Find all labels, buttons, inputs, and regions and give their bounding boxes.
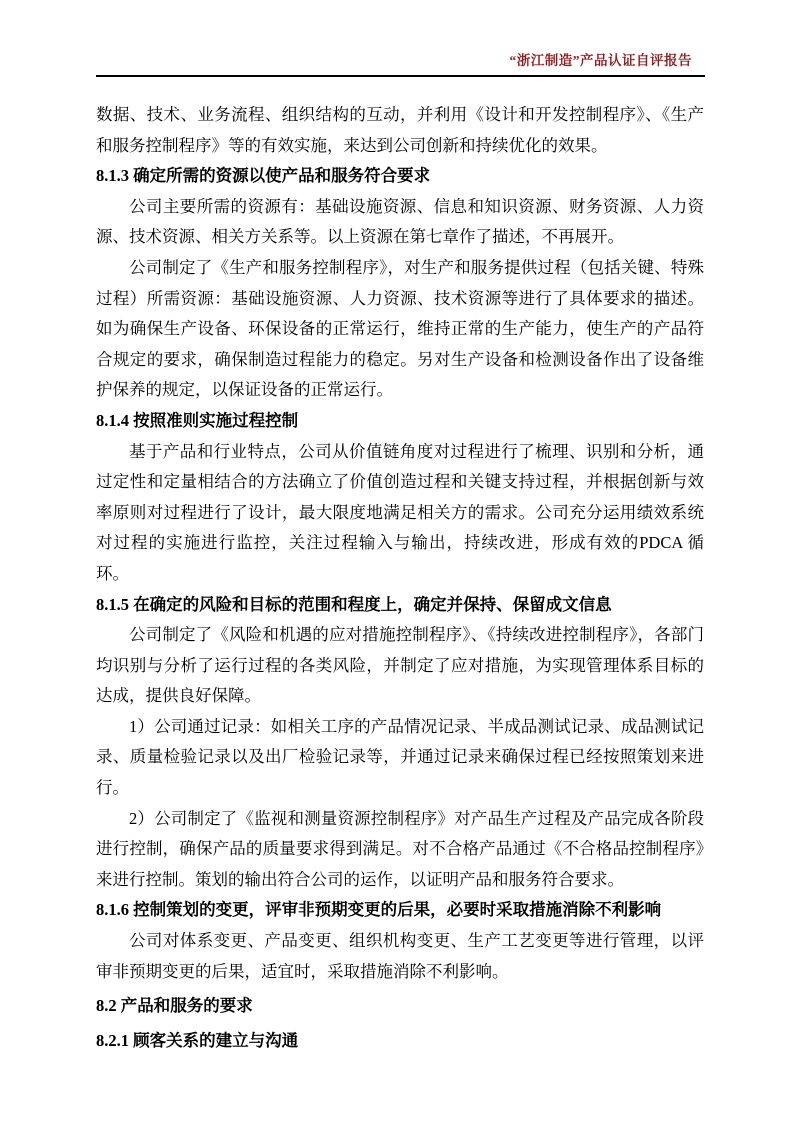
document-body: 数据、技术、业务流程、组织结构的互动，并利用《设计和开发控制程序》、《生产和服务… bbox=[96, 100, 704, 1056]
heading-8-1-4: 8.1.4 按照准则实施过程控制 bbox=[96, 406, 704, 437]
paragraph-item-1-records: 1）公司通过记录：如相关工序的产品情况记录、半成品测试记录、成品测试记录、质量检… bbox=[96, 712, 704, 804]
paragraph-resources-overview: 公司主要所需的资源有：基础设施资源、信息和知识资源、财务资源、人力资源、技术资源… bbox=[96, 192, 704, 253]
heading-8-2: 8.2 产品和服务的要求 bbox=[96, 991, 704, 1022]
heading-8-2-1: 8.2.1 顾客关系的建立与沟通 bbox=[96, 1026, 704, 1057]
heading-8-1-3: 8.1.3 确定所需的资源以使产品和服务符合要求 bbox=[96, 161, 704, 192]
heading-8-1-5: 8.1.5 在确定的风险和目标的范围和程度上，确定并保持、保留成文信息 bbox=[96, 590, 704, 621]
paragraph-change-management: 公司对体系变更、产品变更、组织机构变更、生产工艺变更等进行管理，以评审非预期变更… bbox=[96, 926, 704, 987]
paragraph-continued: 数据、技术、业务流程、组织结构的互动，并利用《设计和开发控制程序》、《生产和服务… bbox=[96, 100, 704, 161]
header-divider-line bbox=[96, 75, 705, 77]
paragraph-production-service-control: 公司制定了《生产和服务控制程序》，对生产和服务提供过程（包括关键、特殊过程）所需… bbox=[96, 253, 704, 406]
paragraph-item-2-monitoring: 2）公司制定了《监视和测量资源控制程序》对产品生产过程及产品完成各阶段进行控制，… bbox=[96, 804, 704, 896]
paragraph-risk-procedures: 公司制定了《风险和机遇的应对措施控制程序》、《持续改进控制程序》，各部门均识别与… bbox=[96, 620, 704, 712]
document-page: “浙江制造”产品认证自评报告 数据、技术、业务流程、组织结构的互动，并利用《设计… bbox=[0, 0, 800, 1131]
paragraph-process-control: 基于产品和行业特点，公司从价值链角度对过程进行了梳理、识别和分析，通过定性和定量… bbox=[96, 437, 704, 590]
heading-8-1-6: 8.1.6 控制策划的变更，评审非预期变更的后果，必要时采取措施消除不利影响 bbox=[96, 895, 704, 926]
report-header-title: “浙江制造”产品认证自评报告 bbox=[96, 51, 692, 71]
